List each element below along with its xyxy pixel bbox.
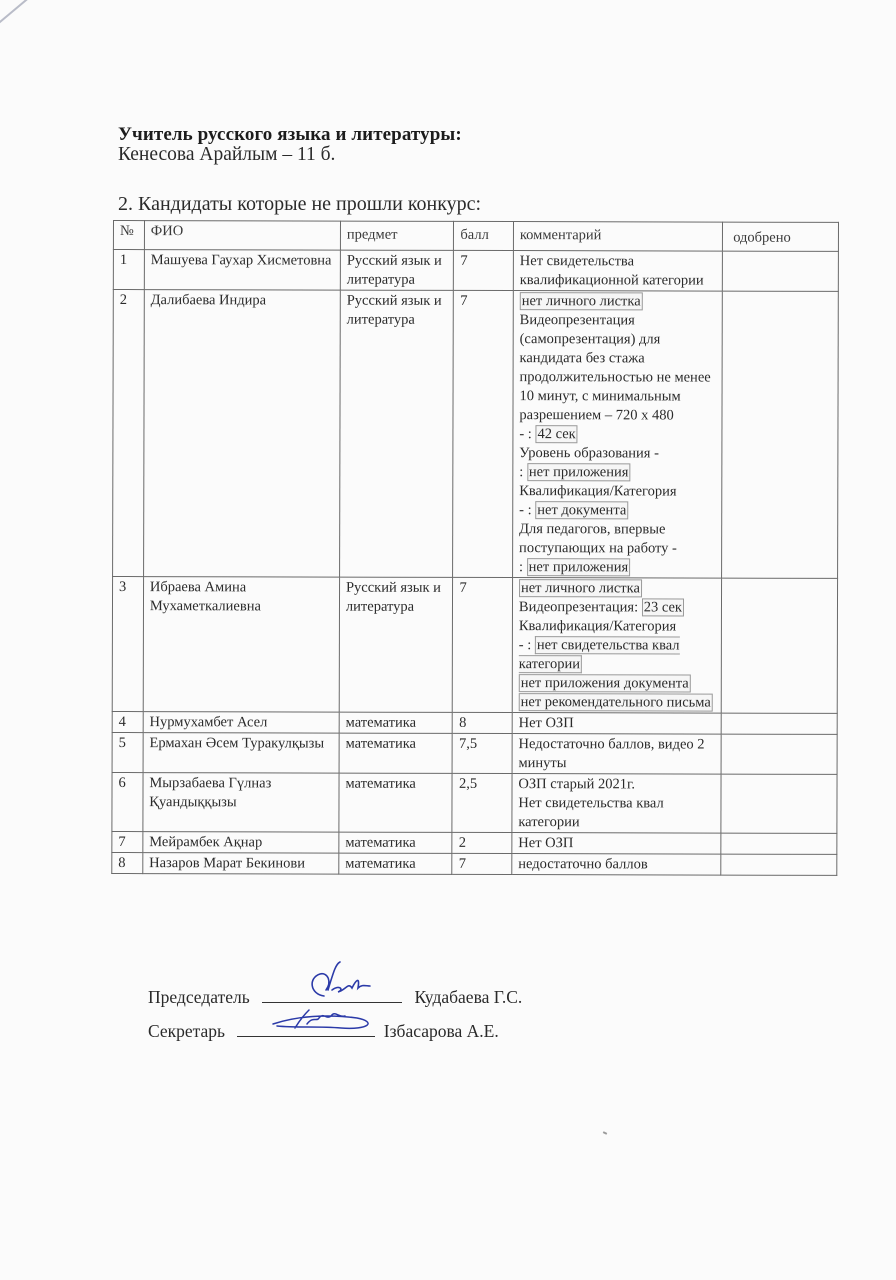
comment-text: Недостаточно баллов, видео 2 минуты xyxy=(518,736,704,771)
comment-highlight: нет рекомендательного письма xyxy=(519,693,713,712)
comment-line: ОЗП старый 2021г. xyxy=(518,775,716,795)
comment-prefix: Видеопрезентация: xyxy=(519,599,642,615)
comment-text: Нет ОЗП xyxy=(519,715,574,731)
comment-highlight: нет приложения xyxy=(527,463,631,481)
comment-text: недостаточно баллов xyxy=(518,856,648,872)
table-row: 3Ибраева Амина МухаметкалиевнаРусский яз… xyxy=(112,577,837,714)
cell-fio: Далибаева Индира xyxy=(143,290,340,578)
comment-highlight: 23 сек xyxy=(642,598,684,616)
cell-num: 8 xyxy=(112,852,143,873)
cell-approved xyxy=(721,578,837,713)
comment-line: - : нет документа xyxy=(519,501,717,521)
comment-line: Квалификация/Категория xyxy=(519,482,717,502)
cell-num: 6 xyxy=(112,772,143,831)
paper-speck xyxy=(603,1131,607,1135)
cell-num: 7 xyxy=(112,831,143,852)
cell-approved xyxy=(721,833,837,854)
cell-subject: математика xyxy=(339,832,453,853)
table-row: 4Нурмухамбет Аселматематика8Нет ОЗП xyxy=(112,711,837,734)
header-subject: предмет xyxy=(340,221,454,250)
comment-prefix: - : xyxy=(519,426,535,442)
signature-icon xyxy=(237,994,387,1038)
cell-approved xyxy=(722,291,838,578)
comment-line: : нет приложения xyxy=(519,558,717,578)
comment-text: Квалификация/Категория xyxy=(519,483,676,499)
winner-line: Кенесова Арайлым – 11 б. xyxy=(118,144,335,166)
comment-line: : нет приложения xyxy=(519,463,717,483)
comment-line: Для педагогов, впервые поступающих на ра… xyxy=(519,520,717,559)
cell-approved xyxy=(721,713,837,734)
table-row: 1Машуева Гаухар ХисметовнаРусский язык и… xyxy=(113,250,838,292)
secretary-name: Ізбасарова А.Е. xyxy=(384,1021,499,1041)
section-title: 2. Кандидаты которые не прошли конкурс: xyxy=(118,193,481,216)
comment-text: Видеопрезентация (самопрезентация) для к… xyxy=(519,312,710,423)
cell-fio: Ибраева Амина Мухаметкалиевна xyxy=(143,577,339,713)
comment-text: Для педагогов, впервые поступающих на ра… xyxy=(519,521,677,556)
cell-subject: математика xyxy=(339,773,453,832)
table-row: 6Мырзабаева Гүлназ Қуандыққызыматематика… xyxy=(112,772,837,833)
header-score: балл xyxy=(454,221,514,250)
comment-text: Нет свидетельства квал категории xyxy=(518,795,663,830)
comment-line: нет личного листка xyxy=(520,292,718,312)
cell-num: 4 xyxy=(112,711,143,732)
cell-approved xyxy=(723,251,839,291)
comment-text: Квалификация/Категория xyxy=(519,618,676,634)
cell-subject: математика xyxy=(339,733,453,773)
candidates-table: № ФИО предмет балл комментарий одобрено … xyxy=(111,220,839,876)
cell-num: 2 xyxy=(113,290,145,577)
secretary-signature-line: Секретарь Ізбасарова А.Е. xyxy=(148,1021,499,1042)
comment-line: Недостаточно баллов, видео 2 минуты xyxy=(518,735,716,774)
comment-prefix: - : xyxy=(519,637,535,653)
page-edge-shadow xyxy=(0,0,56,28)
cell-comment: Нет ОЗП xyxy=(512,833,721,855)
comment-line: нет рекомендательного письма xyxy=(519,693,717,713)
comment-highlight: нет личного листка xyxy=(519,579,642,597)
comment-line: Нет свидетельства квал категории xyxy=(518,794,716,833)
comment-line: нет личного листка xyxy=(519,579,717,599)
table-row: 2Далибаева ИндираРусский язык и литерату… xyxy=(113,290,839,579)
header-comment: комментарий xyxy=(513,222,722,252)
cell-score: 7 xyxy=(454,250,514,290)
comment-highlight: нет личного листка xyxy=(520,292,643,310)
comment-highlight: нет приложения документа xyxy=(519,674,691,692)
comment-line: нет приложения документа xyxy=(519,674,717,694)
position-heading: Учитель русского языка и литературы: xyxy=(118,124,462,146)
cell-comment: Нет свидетельства квалификационной катег… xyxy=(513,251,722,292)
comment-highlight: 42 сек xyxy=(535,425,577,443)
cell-fio: Назаров Марат Бекинови xyxy=(143,853,339,875)
cell-score: 7,5 xyxy=(452,733,512,773)
table-row: 8Назаров Марат Бекиновиматематика7недост… xyxy=(112,852,837,875)
chair-name: Кудабаева Г.С. xyxy=(414,987,522,1007)
comment-text: Нет свидетельства квалификационной катег… xyxy=(520,253,704,288)
header-num: № xyxy=(113,221,144,250)
cell-score: 8 xyxy=(453,712,513,733)
comment-line: Квалификация/Категория xyxy=(519,617,717,637)
comment-text: Уровень образования - xyxy=(519,445,659,461)
comment-text: Нет ОЗП xyxy=(518,835,573,851)
comment-line: недостаточно баллов xyxy=(518,855,716,875)
cell-subject: Русский язык и литература xyxy=(339,577,453,712)
chair-label: Председатель xyxy=(148,987,250,1007)
cell-comment: Нет ОЗП xyxy=(512,713,721,735)
cell-fio: Мырзабаева Гүлназ Қуандыққызы xyxy=(143,773,339,833)
cell-score: 7 xyxy=(453,577,513,712)
cell-comment: недостаточно баллов xyxy=(512,854,721,876)
comment-prefix: - : xyxy=(519,502,535,518)
comment-prefix: : xyxy=(519,464,527,480)
cell-subject: математика xyxy=(339,853,453,874)
comment-highlight: нет свидетельства квал категории xyxy=(519,636,680,673)
comment-highlight: нет приложения xyxy=(527,558,631,576)
comment-line: Нет ОЗП xyxy=(518,834,716,854)
comment-line: - : нет свидетельства квал категории xyxy=(519,636,717,675)
secretary-signature xyxy=(237,1022,375,1037)
comment-line: Видеопрезентация (самопрезентация) для к… xyxy=(519,311,718,426)
cell-comment: Недостаточно баллов, видео 2 минуты xyxy=(512,734,721,775)
secretary-label: Секретарь xyxy=(148,1021,225,1041)
comment-text: ОЗП старый 2021г. xyxy=(518,776,635,792)
comment-prefix: : xyxy=(519,559,527,575)
cell-fio: Ермахан Әсем Туракулқызы xyxy=(143,733,339,774)
cell-score: 2 xyxy=(452,832,512,853)
cell-subject: Русский язык и литература xyxy=(340,250,454,290)
comment-line: - : 42 сек xyxy=(519,425,717,445)
cell-comment: нет личного листкаВидеопрезентация: 23 с… xyxy=(512,578,722,714)
comment-line: Уровень образования - xyxy=(519,444,717,464)
cell-num: 1 xyxy=(113,250,144,290)
table-header-row: № ФИО предмет балл комментарий одобрено xyxy=(113,221,838,252)
cell-fio: Нурмухамбет Асел xyxy=(143,712,339,734)
table-row: 5Ермахан Әсем Туракулқызыматематика7,5Не… xyxy=(112,732,837,774)
cell-score: 7 xyxy=(453,290,513,577)
cell-num: 3 xyxy=(112,577,143,712)
comment-line: Нет свидетельства квалификационной катег… xyxy=(520,252,718,291)
cell-approved xyxy=(721,854,837,875)
comment-line: Нет ОЗП xyxy=(519,714,717,734)
header-fio: ФИО xyxy=(144,221,340,251)
comment-line: Видеопрезентация: 23 сек xyxy=(519,598,717,618)
cell-fio: Машуева Гаухар Хисметовна xyxy=(144,250,340,291)
cell-score: 2,5 xyxy=(452,773,512,832)
cell-comment: ОЗП старый 2021г.Нет свидетельства квал … xyxy=(512,774,721,834)
header-approved: одобрено xyxy=(723,222,839,251)
cell-fio: Мейрамбек Ақнар xyxy=(143,832,339,854)
cell-subject: Русский язык и литература xyxy=(340,290,454,577)
comment-highlight: нет документа xyxy=(535,501,628,519)
cell-comment: нет личного листкаВидеопрезентация (само… xyxy=(512,291,722,579)
table-row: 7Мейрамбек Ақнарматематика2Нет ОЗП xyxy=(112,831,837,854)
cell-score: 7 xyxy=(452,853,512,874)
cell-num: 5 xyxy=(112,732,143,772)
cell-subject: математика xyxy=(339,712,453,733)
cell-approved xyxy=(721,734,837,774)
cell-approved xyxy=(721,774,837,833)
